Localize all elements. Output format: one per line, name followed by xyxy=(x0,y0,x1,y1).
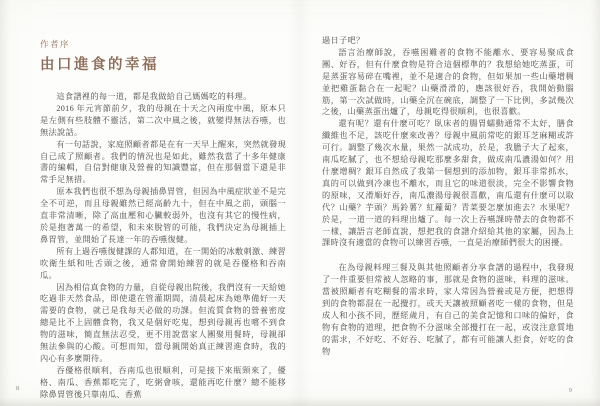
paragraph: 因為相信真食物的力量，自從母親出院後，我們沒有一天給她吃過非天然食品，即使還在管… xyxy=(40,282,286,365)
paragraph: 有一句話說，家庭照顧者都是在有一天早上醒來，突然就發現自己成了照顧者。我們的情況… xyxy=(40,139,286,187)
paragraph: 還有呢？還有什麼可吃？臥床者的腸胃蠕動通常不太好，膳食纖維也不足，該吃什麼來改善… xyxy=(322,118,574,249)
right-page-body: 過日子吧？ 語言治療師說，吞嚥困難者的食物不能離水、要容易聚成食團、好吞，但有什… xyxy=(322,35,574,358)
page-number-left: 8 xyxy=(16,385,19,392)
page-edge-shading-right xyxy=(590,0,600,406)
page-left: 作者序 由口進食的幸福 這食譜裡的每一道，都是我做給自己媽媽吃的料理。 2016… xyxy=(40,38,286,401)
paragraph: 過日子吧？ xyxy=(322,35,574,47)
paragraph: 2016 年元宵節前夕，我的母親在十天之內兩度中風，原本只是左側有些肢體不靈活，… xyxy=(40,103,286,139)
page-title: 由口進食的幸福 xyxy=(40,53,286,74)
page-edge-shading-left xyxy=(0,0,10,406)
paragraph: 所有上過吞嚥復健課的人都知道，在一開始的冰敷刺激、練習吹衛生紙和吐舌頭之後，通常… xyxy=(40,246,286,282)
paragraph: 語言治療師說，吞嚥困難者的食物不能離水、要容易聚成食團、好吞，但有什麼食物是符合… xyxy=(322,47,574,118)
paragraph: 這食譜裡的每一道，都是我做給自己媽媽吃的料理。 xyxy=(40,91,286,103)
book-spread: 作者序 由口進食的幸福 這食譜裡的每一道，都是我做給自己媽媽吃的料理。 2016… xyxy=(0,0,600,406)
page-right: 過日子吧？ 語言治療師說，吞嚥困難者的食物不能離水、要容易聚成食團、好吞，但有什… xyxy=(322,35,574,358)
section-label: 作者序 xyxy=(40,38,286,50)
paragraph: 吞優格很順利，吞南瓜也很順利，可是接下來瓶頸來了，優格、南瓜、香蕉都吃完了，吃粥… xyxy=(40,365,286,401)
page-number-right: 9 xyxy=(569,387,572,394)
left-page-body: 這食譜裡的每一道，都是我做給自己媽媽吃的料理。 2016 年元宵節前夕，我的母親… xyxy=(40,91,286,401)
paragraph: 在為母親料理三餐及與其他照顧者分享食譜的過程中，我發現了一件重要但常被人忽略的事… xyxy=(322,262,574,357)
paragraph: 原本我們也很不想為母親插鼻胃管，但因為中風症狀並不是完全不可逆，而且母親雖然已經… xyxy=(40,186,286,246)
book-gutter xyxy=(288,0,312,406)
